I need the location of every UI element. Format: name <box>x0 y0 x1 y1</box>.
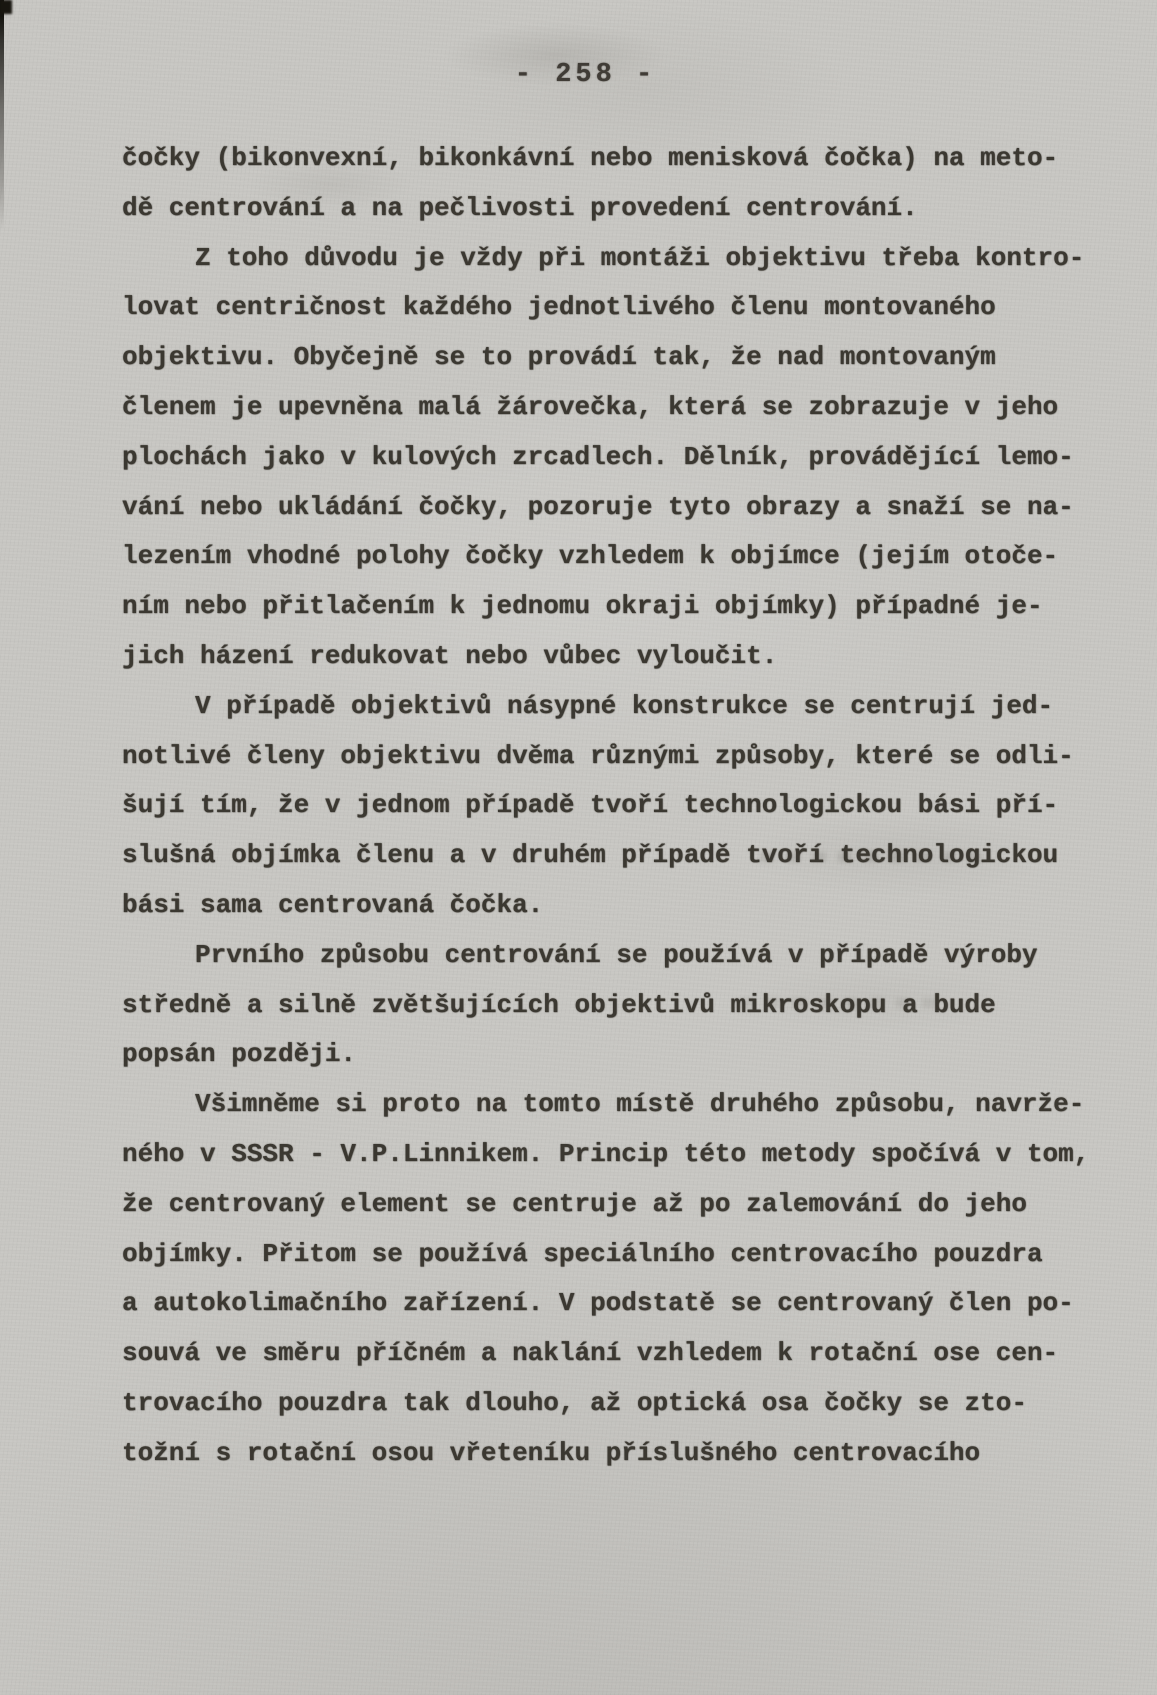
text-line: objektivu. Obyčejně se to provádí tak, ž… <box>122 333 1082 383</box>
text-line: že centrovaný element se centruje až po … <box>122 1180 1082 1230</box>
text-line: vání nebo ukládání čočky, pozoruje tyto … <box>122 483 1082 533</box>
text-line: a autokolimačního zařízení. V podstatě s… <box>122 1279 1082 1329</box>
page-number: - 258 - <box>515 60 656 90</box>
body-text: čočky (bikonvexní, bikonkávní nebo menis… <box>122 134 1082 1479</box>
text-line: Všimněme si proto na tomto místě druhého… <box>122 1080 1082 1130</box>
text-line: dě centrování a na pečlivosti provedení … <box>122 184 1082 234</box>
text-line: šují tím, že v jednom případě tvoří tech… <box>122 781 1082 831</box>
text-line: slušná objímka členu a v druhém případě … <box>122 831 1082 881</box>
text-line: trovacího pouzdra tak dlouho, až optická… <box>122 1379 1082 1429</box>
scan-edge-artifact <box>0 0 4 230</box>
text-line: ného v SSSR - V.P.Linnikem. Princip této… <box>122 1130 1082 1180</box>
text-line: plochách jako v kulových zrcadlech. Děln… <box>122 433 1082 483</box>
text-line: lovat centričnost každého jednotlivého č… <box>122 283 1082 333</box>
text-line: ním nebo přitlačením k jednomu okraji ob… <box>122 582 1082 632</box>
paragraph: Z toho důvodu je vždy při montáži objekt… <box>122 234 1082 682</box>
text-line: objímky. Přitom se používá speciálního c… <box>122 1230 1082 1280</box>
text-line: členem je upevněna malá žárovečka, která… <box>122 383 1082 433</box>
paragraph: Prvního způsobu centrování se používá v … <box>122 931 1082 1080</box>
text-line: popsán později. <box>122 1030 1082 1080</box>
scanned-page: - 258 - čočky (bikonvexní, bikonkávní ne… <box>0 0 1157 1695</box>
text-line: tožní s rotační osou vřeteníku příslušné… <box>122 1429 1082 1479</box>
text-line: lezením vhodné polohy čočky vzhledem k o… <box>122 532 1082 582</box>
paragraph: čočky (bikonvexní, bikonkávní nebo menis… <box>122 134 1082 234</box>
text-line: středně a silně zvětšujících objektivů m… <box>122 981 1082 1031</box>
text-line: souvá ve směru příčném a naklání vzhlede… <box>122 1329 1082 1379</box>
text-line: Z toho důvodu je vždy při montáži objekt… <box>122 234 1082 284</box>
text-line: notlivé členy objektivu dvěma různými zp… <box>122 732 1082 782</box>
scan-corner-artifact <box>0 0 12 14</box>
text-line: čočky (bikonvexní, bikonkávní nebo menis… <box>122 134 1082 184</box>
text-line: bási sama centrovaná čočka. <box>122 881 1082 931</box>
text-line: jich házení redukovat nebo vůbec vylouči… <box>122 632 1082 682</box>
paragraph: Všimněme si proto na tomto místě druhého… <box>122 1080 1082 1478</box>
text-line: V případě objektivů násypné konstrukce s… <box>122 682 1082 732</box>
paragraph: V případě objektivů násypné konstrukce s… <box>122 682 1082 931</box>
text-line: Prvního způsobu centrování se používá v … <box>122 931 1082 981</box>
